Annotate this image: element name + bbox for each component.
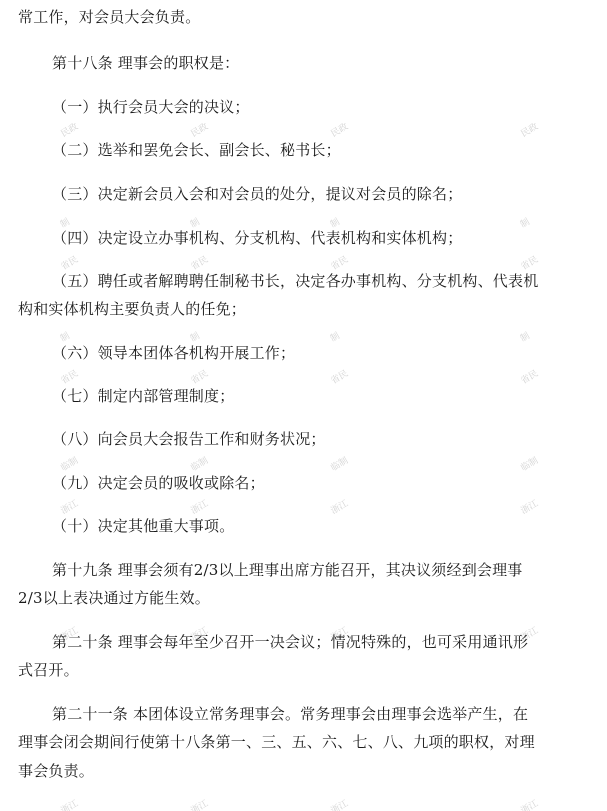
watermark-text: 民政 — [518, 119, 540, 139]
document-line: 第十九条 理事会须有2/3以上理事出席方能召开，其决议须经到会理事 — [52, 560, 523, 580]
document-line: （三）决定新会员入会和对会员的处分，提议对会员的除名； — [52, 184, 462, 204]
watermark-text: 省民 — [188, 252, 210, 272]
watermark-text: 浙江 — [58, 496, 80, 516]
document-line: 第二十条 理事会每年至少召开一决会议；情况特殊的，也可采用通讯形 — [52, 632, 528, 652]
watermark-text: 临制 — [328, 453, 350, 473]
document-line: 第二十一条 本团体设立常务理事会。常务理事会由理事会选举产生，在 — [52, 704, 528, 724]
watermark-text: 制 — [327, 329, 341, 345]
document-line: 第十八条 理事会的职权是： — [52, 53, 239, 73]
watermark-text: 省民 — [518, 252, 540, 272]
document-line: 2/3以上表决通过方能生效。 — [18, 588, 210, 608]
document-line: 构和实体机构主要负责人的任免； — [18, 299, 246, 319]
watermark-text: 浙江 — [328, 796, 350, 811]
document-line: （七）制定内部管理制度； — [52, 386, 234, 406]
watermark-text: 省民 — [58, 366, 80, 386]
watermark-text: 制 — [517, 329, 531, 345]
watermark-text: 民政 — [188, 119, 210, 139]
document-page: 民政民政民政民政制制制制省民省民省民省民制制制制省民省民省民省民临制临制临制临制… — [0, 0, 607, 811]
watermark-text: 浙江 — [188, 796, 210, 811]
watermark-text: 浙江 — [58, 796, 80, 811]
watermark-text: 临制 — [58, 453, 80, 473]
document-line: 常工作，对会员大会负责。 — [18, 7, 200, 27]
watermark-text: 临制 — [518, 453, 540, 473]
watermark-text: 民政 — [58, 119, 80, 139]
watermark-text: 浙江 — [188, 496, 210, 516]
watermark-text: 省民 — [328, 252, 350, 272]
document-line: 理事会闭会期间行使第十八条第一、三、五、六、七、八、九项的职权，对理 — [18, 732, 535, 752]
document-line: （一）执行会员大会的决议； — [52, 97, 250, 117]
document-line: （二）选举和罢免会长、副会长、秘书长； — [52, 140, 341, 160]
watermark-text: 浙江 — [518, 496, 540, 516]
watermark-text: 省民 — [58, 252, 80, 272]
document-line: 事会负责。 — [18, 761, 94, 781]
document-line: （六）领导本团体各机构开展工作； — [52, 343, 295, 363]
document-line: （十）决定其他重大事项。 — [52, 516, 234, 536]
document-line: （八）向会员大会报告工作和财务状况； — [52, 429, 326, 449]
watermark-text: 制 — [517, 215, 531, 231]
watermark-text: 临制 — [188, 453, 210, 473]
watermark-text: 省民 — [328, 366, 350, 386]
document-line: （四）决定设立办事机构、分支机构、代表机构和实体机构； — [52, 228, 462, 248]
watermark-text: 省民 — [518, 366, 540, 386]
document-line: 式召开。 — [18, 660, 79, 680]
watermark-text: 浙江 — [518, 796, 540, 811]
watermark-text: 浙江 — [328, 496, 350, 516]
document-line: （五）聘任或者解聘聘任制秘书长，决定各办事机构、分支机构、代表机 — [52, 271, 538, 291]
watermark-text: 省民 — [188, 366, 210, 386]
watermark-text: 民政 — [328, 119, 350, 139]
document-line: （九）决定会员的吸收或除名； — [52, 473, 265, 493]
